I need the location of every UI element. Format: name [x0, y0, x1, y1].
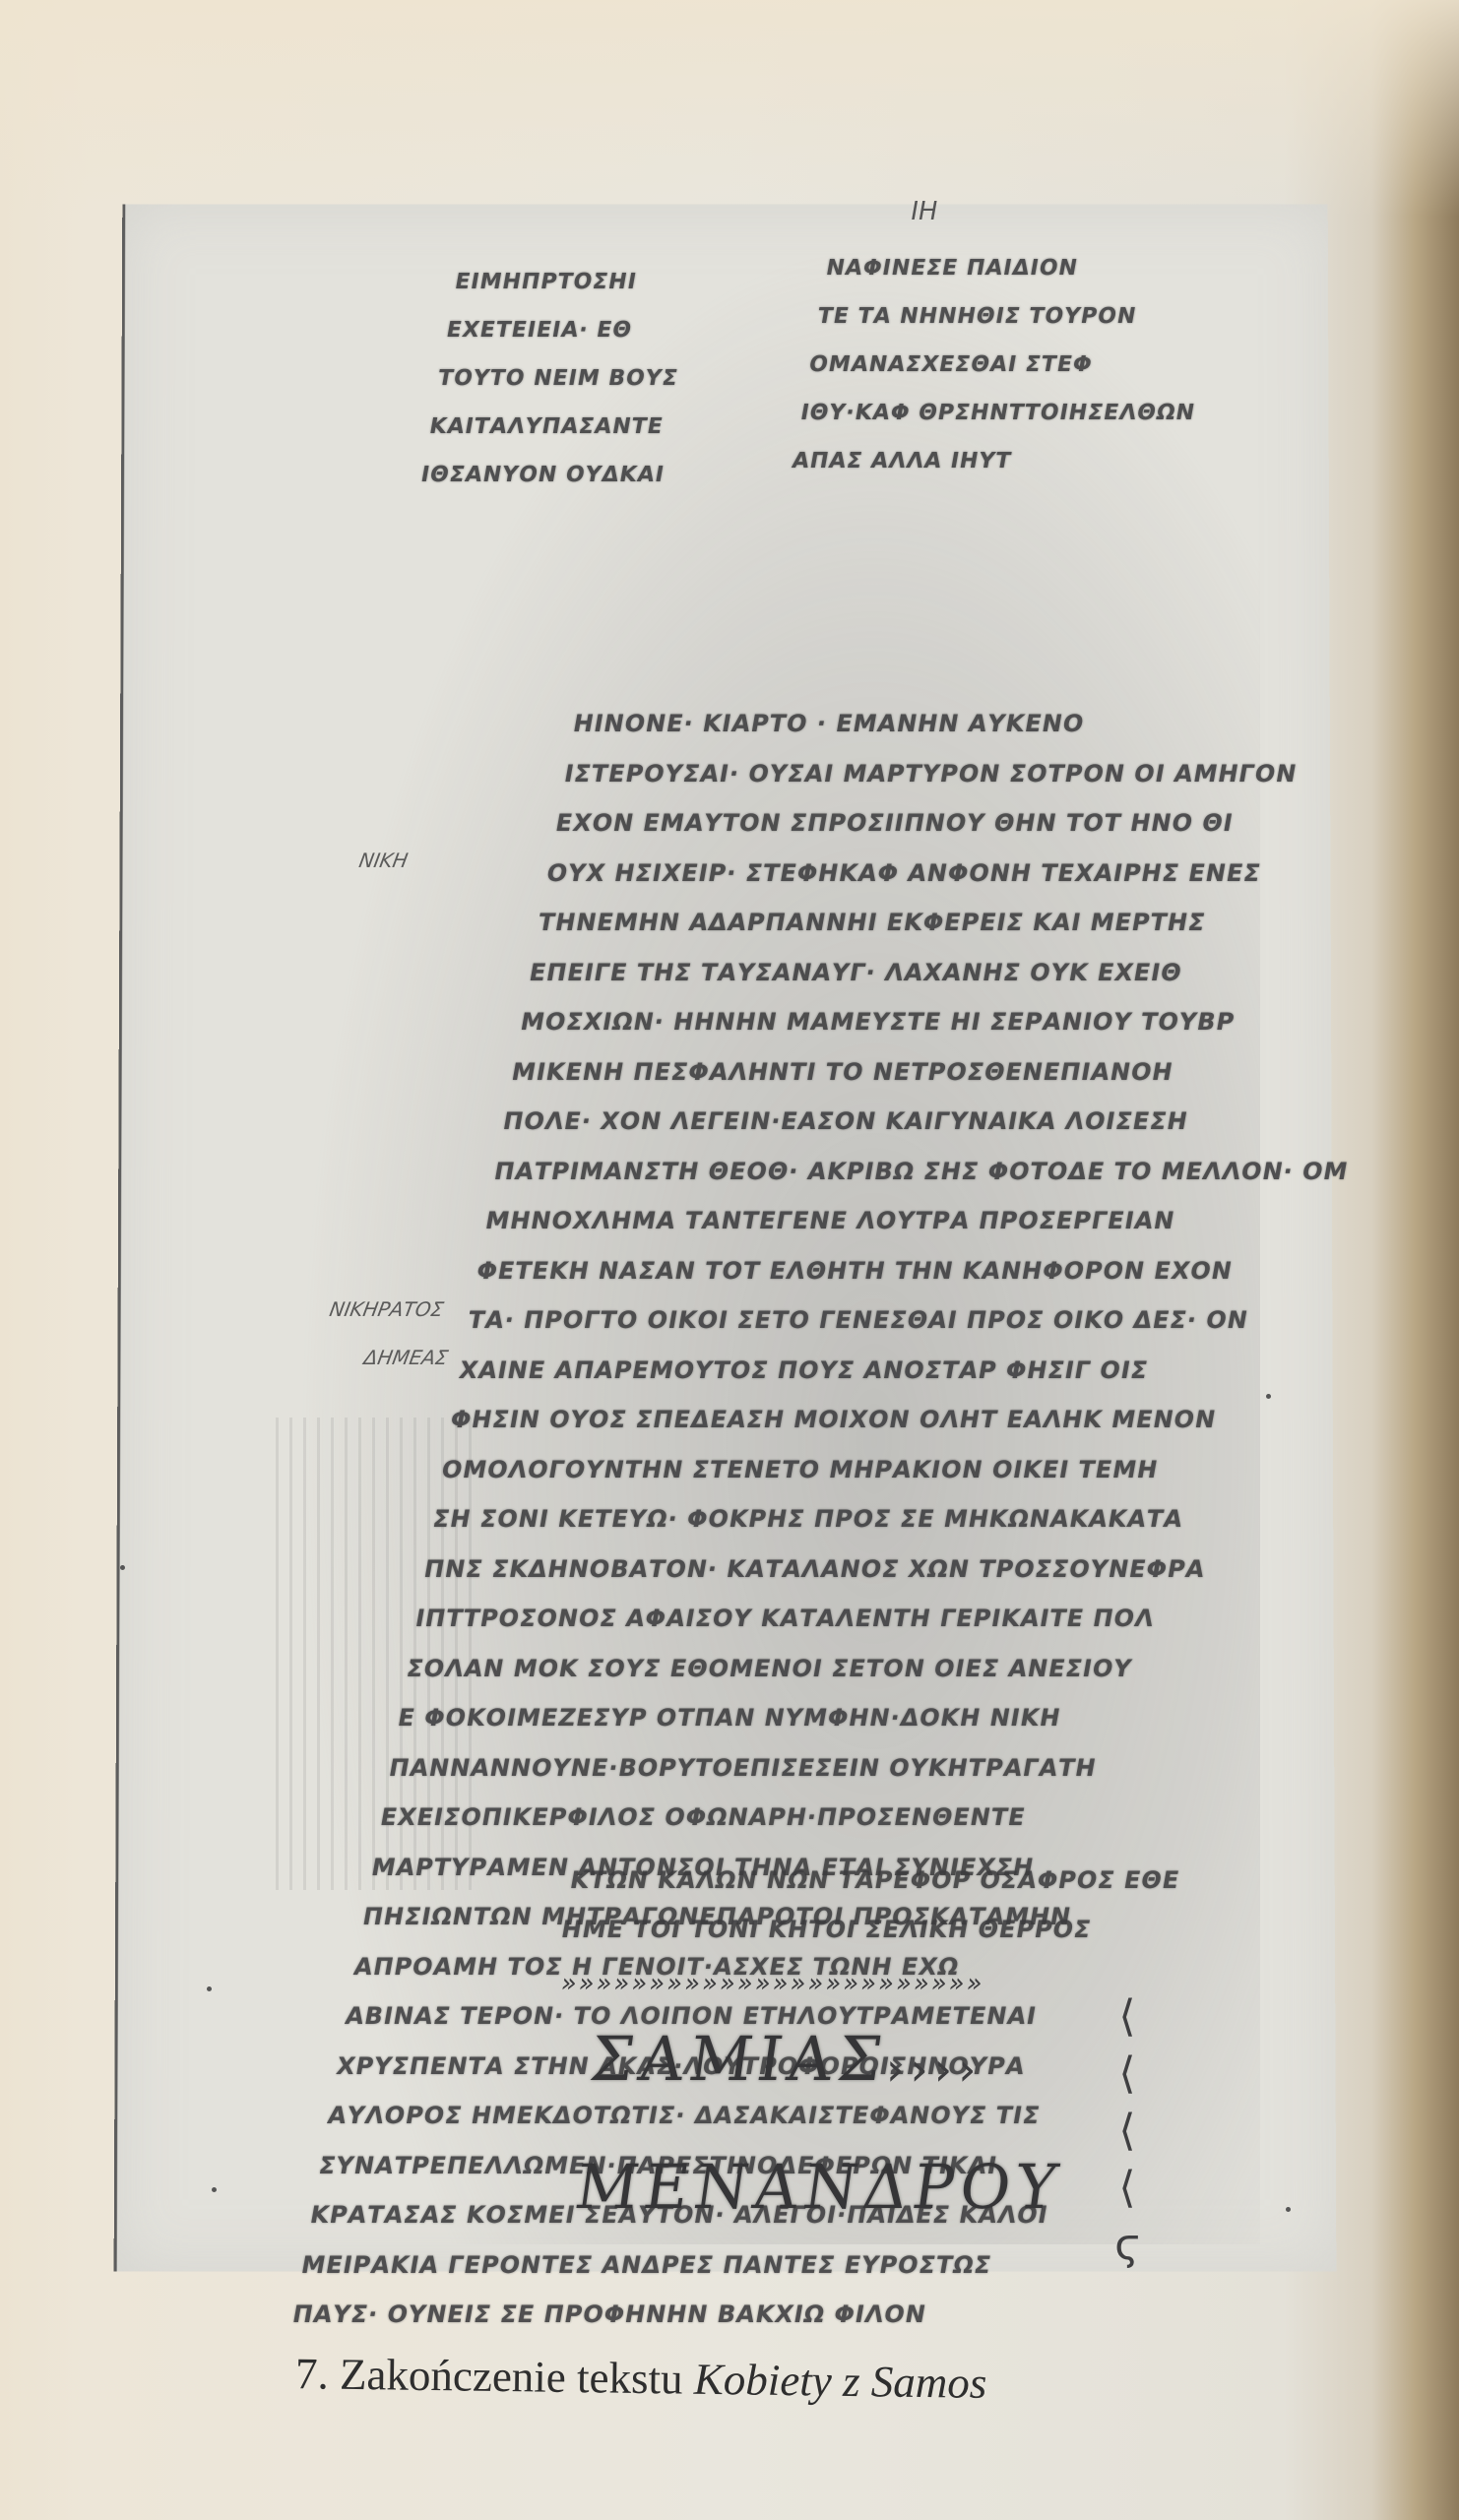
caption-number: 7. [295, 2349, 329, 2398]
papyrus-line: ΚΑΙΤΑΛΥΠΑΣΑΝΤΕ [425, 403, 677, 451]
ornament-glyph: ⟨ [1098, 2103, 1157, 2160]
papyrus-line: Ε ΦΟΚΟΙΜΕΖΕΣΥΡ ΟΤΠΑΝ ΝΥΜΦΗΝ·ΔΟΚΗ ΝΙΚΗ [394, 1693, 1269, 1743]
papyrus-line: ΜΕΙΡΑΚΙΑ ΓΕΡΟΝΤΕΣ ΑΝΔΡΕΣ ΠΑΝΤΕΣ ΕΥΡΟΣΤΩΣ [297, 2240, 1173, 2291]
speck [120, 1565, 125, 1570]
figure-caption: 7. Zakończenie tekstu Kobiety z Samos [295, 2348, 987, 2409]
papyrus-line: ΠΑΝΝΑΝΝΟΥΝΕ·ΒΟΡΥΤΟΕΠΙΣΕΣΕΙΝ ΟΥΚΗΤΡΑΓΑΤΗ [385, 1743, 1260, 1794]
papyrus-line: ΑΠΑΣ ΑΛΛΑ ΙΗΥΤ [788, 437, 1190, 485]
speck [212, 2187, 217, 2192]
ornament-glyph: ⟨ [1098, 2160, 1157, 2217]
papyrus-line: ΕΧΕΤΕΙΕΙΑ· ΕΘ [442, 306, 694, 354]
papyrus-line: ΦΕΤΕΚΗ ΝΑΣΑΝ ΤΟΤ ΕΛΘΗΤΗ ΤΗΝ ΚΑΝΗΦΟΡΟΝ ΕΧ… [473, 1246, 1348, 1296]
papyrus-end-lines: ΚΤΩΝ ΚΑΛΩΝ ΝΩΝ ΤΑΡΕΦΟΡ ΟΣΑΦΡΟΣ ΕΘΕΗΜΕ ΤΟ… [557, 1856, 1183, 1954]
papyrus-line: ΦΗΣΙΝ ΟΥΟΣ ΣΠΕΔΕΑΣΗ ΜΟΙΧΟΝ ΟΛΗΤ ΕΑΛΗΚ ΜΕ… [446, 1395, 1321, 1445]
paper-top-shade [0, 0, 1459, 217]
papyrus-line: ΠΟΛΕ· ΧΟΝ ΛΕΓΕΙΝ·ΕΑΣΟΝ ΚΑΙΓΥΝΑΙΚΑ ΛΟΙΣΕΣ… [499, 1097, 1374, 1147]
papyrus-line: ΟΥΧ ΗΣΙΧΕΙΡ· ΣΤΕΦΗΚΑΦ ΑΝΦΟΝΗ ΤΕΧΑΙΡΗΣ ΕΝ… [542, 849, 1418, 899]
papyrus-line: ΕΧΕΙΣΟΠΙΚΕΡΦΙΛΟΣ ΟΦΩΝΑΡΗ·ΠΡΟΣΕΝΘΕΝΤΕ [376, 1793, 1251, 1843]
ornament-glyph: ⟨ [1098, 2046, 1157, 2103]
margin-speaker-note: ΝΙΚΗΡΑΤΟΣ [328, 1297, 446, 1321]
papyrus-line: ΣΟΛΑΝ ΜΟΚ ΣΟΥΣ ΕΘΟΜΕΝΟΙ ΣΕΤΟΝ ΟΙΕΣ ΑΝΕΣΙ… [403, 1644, 1278, 1694]
speck [207, 1986, 212, 1991]
caption-title: Kobiety z Samos [694, 2355, 987, 2408]
margin-speaker-note: ΔΗΜΕΑΣ [362, 1346, 450, 1369]
papyrus-line: ΤΗΝΕΜΗΝ ΑΔΑΡΠΑΝΝΗΙ ΕΚΦΕΡΕΙΣ ΚΑΙ ΜΕΡΤΗΣ [534, 898, 1409, 948]
papyrus-line: ΑΥΛΟΡΟΣ ΗΜΕΚΔΟΤΩΤΙΣ· ΔΑΣΑΚΑΙΣΤΕΦΑΝΟΥΣ ΤΙ… [324, 2091, 1199, 2141]
papyrus-line: ΕΙΜΗΠΡΤΟΣΗΙ [451, 258, 703, 306]
papyrus-line: ΧΑΙΝΕ ΑΠΑΡΕΜΟΥΤΟΣ ΠΟΥΣ ΑΝΟΣΤΑΡ ΦΗΣΙΓ ΟΙΣ [455, 1346, 1330, 1396]
chevron-border-row: »»»»»»»»»»»»»»»»»»»»»»»» [558, 1969, 986, 1998]
papyrus-line: ΗΙΝΟΝΕ· ΚΙΑΡΤΟ · ΕΜΑΝΗΝ ΑΥΚΕΝΟ [569, 699, 1444, 749]
ornament-glyph: ⟨ [1098, 1988, 1157, 2046]
papyrus-line: ΙΣΤΕΡΟΥΣΑΙ· ΟΥΣΑΙ ΜΑΡΤΥΡΟΝ ΣΟΤΡΟΝ ΟΙ ΑΜΗ… [560, 749, 1435, 799]
vine-ornament-icon: ⟨⟨⟨⟨ϛ [1098, 1988, 1157, 2264]
papyrus-page-number: ΙΗ [908, 197, 940, 226]
colophon-title: ΣΑΜΙΑΣ [586, 2023, 892, 2095]
papyrus-line: ΤΑ· ΠΡΟΓΤΟ ΟΙΚΟΙ ΣΕΤΟ ΓΕΝΕΣΘΑΙ ΠΡΟΣ ΟΙΚΟ… [464, 1295, 1339, 1346]
papyrus-line: ΠΑΤΡΙΜΑΝΣΤΗ ΘΕΟΘ· ΑΚΡΙΒΩ ΣΗΣ ΦΟΤΟΔΕ ΤΟ Μ… [490, 1147, 1365, 1197]
papyrus-column-right: ΝΑΦΙΝΕΣΕ ΠΑΙΔΙΟΝΤΕ ΤΑ ΝΗΝΗΘΙΣ ΤΟΥΡΟΝΟΜΑΝ… [788, 244, 1225, 485]
papyrus-line: ΙΘΣΑΝΥΟΝ ΟΥΔΚΑΙ [416, 451, 668, 499]
papyrus-line: ΝΑΦΙΝΕΣΕ ΠΑΙΔΙΟΝ [822, 244, 1225, 292]
chevron-decoration: ›››› [886, 2043, 983, 2096]
papyrus-line: ΠΝΣ ΣΚΔΗΝΟΒΑΤΟΝ· ΚΑΤΑΛΑΝΟΣ ΧΩΝ ΤΡΟΣΣΟΥΝΕ… [420, 1544, 1296, 1595]
papyrus-line: ΤΕ ΤΑ ΝΗΝΗΘΙΣ ΤΟΥΡΟΝ [813, 292, 1216, 341]
papyrus-line: ΚΤΩΝ ΚΑΛΩΝ ΝΩΝ ΤΑΡΕΦΟΡ ΟΣΑΦΡΟΣ ΕΘΕ [566, 1856, 1184, 1905]
papyrus-line: ΜΟΣΧΙΩΝ· ΗΗΝΗΝ ΜΑΜΕΥΣΤΕ ΗΙ ΣΕΡΑΝΙΟΥ ΤΟΥΒ… [517, 997, 1392, 1047]
colophon-author: ΜΕΝΑΝΔΡΟΥ [571, 2151, 1068, 2223]
speck [1266, 1394, 1271, 1399]
ornament-glyph: ϛ [1098, 2217, 1157, 2274]
papyrus-line: ΙΠΤΤΡΟΣΟΝΟΣ ΑΦΑΙΣΟΥ ΚΑΤΑΛΕΝΤΗ ΓΕΡΙΚΑΙΤΕ … [412, 1594, 1287, 1644]
papyrus-line: ΠΑΥΣ· ΟΥΝΕΙΣ ΣΕ ΠΡΟΦΗΝΗΝ ΒΑΚΧΙΩ ΦΙΛΟΝ [288, 2290, 1164, 2340]
papyrus-line: ΣΗ ΣΟΝΙ ΚΕΤΕΥΩ· ΦΟΚΡΗΣ ΠΡΟΣ ΣΕ ΜΗΚΩΝΑΚΑΚ… [429, 1494, 1304, 1544]
papyrus-line: ΕΠΕΙΓΕ ΤΗΣ ΤΑΥΣΑΝΑΥΓ· ΛΑΧΑΝΗΣ ΟΥΚ ΕΧΕΙΘ [525, 948, 1400, 998]
papyrus-line: ΟΜΟΛΟΓΟΥΝΤΗΝ ΣΤΕΝΕΤΟ ΜΗΡΑΚΙΟΝ ΟΙΚΕΙ ΤΕΜΗ [437, 1445, 1312, 1495]
papyrus-line: ΙΘΥ·ΚΑΦ ΘΡΣΗΝΤΤΟΙΗΣΕΛΘΩΝ [796, 389, 1199, 437]
caption-text: Zakończenie tekstu [340, 2350, 683, 2404]
papyrus-line: ΗΜΕ ΤΟΙ ΤΟΝΙ ΚΗΤΟΙ ΣΕΛΙΚΗ ΘΕΡΡΟΣ [557, 1905, 1175, 1954]
margin-speaker-note: ΝΙΚΗ [357, 849, 410, 872]
papyrus-line: ΕΧΟΝ ΕΜΑΥΤΟΝ ΣΠΡΟΣΙΙΠΝΟΥ ΘΗΝ ΤΟΤ ΗΝΟ ΘΙ [551, 798, 1427, 849]
speck [1286, 2207, 1291, 2212]
papyrus-line: ΜΙΚΕΝΗ ΠΕΣΦΑΛΗΝΤΙ ΤΟ ΝΕΤΡΟΣΘΕΝΕΠΙΑΝΟΗ [508, 1047, 1383, 1098]
papyrus-line: ΤΟΥΤΟ ΝΕΙΜ ΒΟΥΣ [434, 354, 686, 403]
papyrus-column-left: ΕΙΜΗΠΡΤΟΣΗΙΕΧΕΤΕΙΕΙΑ· ΕΘΤΟΥΤΟ ΝΕΙΜ ΒΟΥΣΚ… [416, 258, 702, 499]
papyrus-line: ΜΗΝΟΧΛΗΜΑ ΤΑΝΤΕΓΕΝΕ ΛΟΥΤΡΑ ΠΡΟΣΕΡΓΕΙΑΝ [481, 1196, 1357, 1246]
papyrus-line: ΟΜΑΝΑΣΧΕΣΘΑΙ ΣΤΕΦ [805, 341, 1208, 389]
